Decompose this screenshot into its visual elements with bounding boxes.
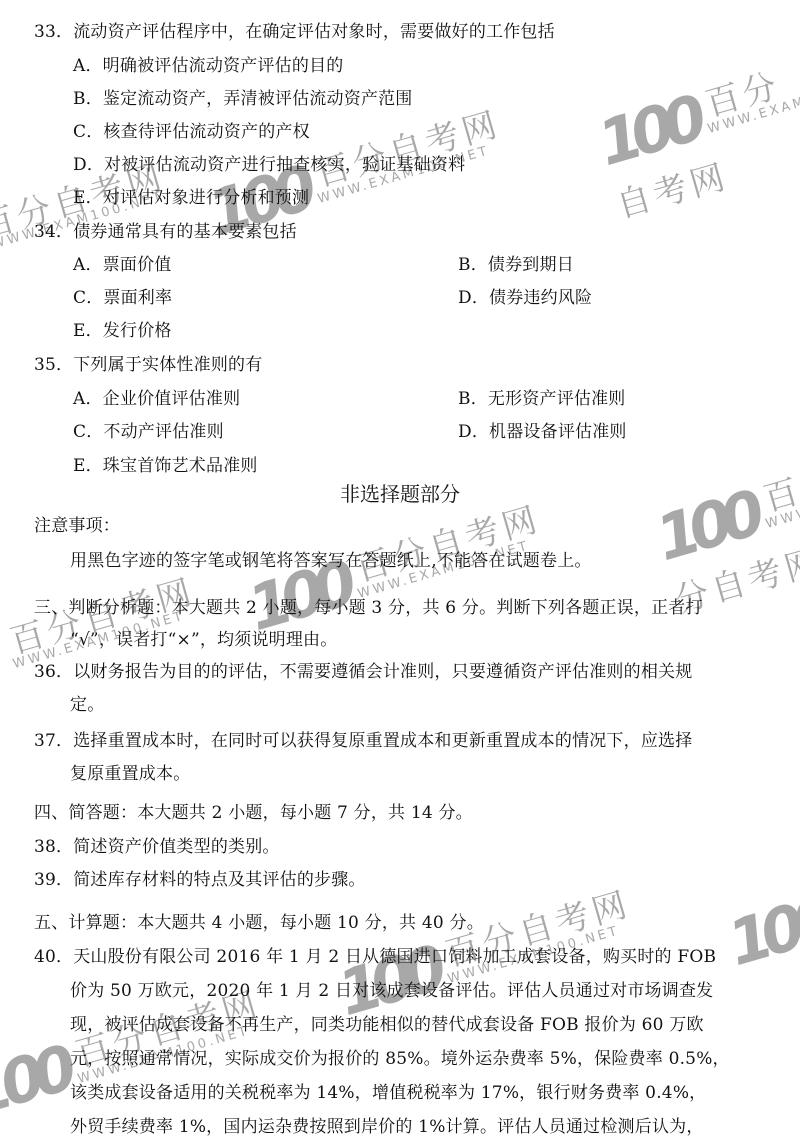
- question-36: 36．以财务报告为目的的评估，不需要遵循会计准则，只要遵循资产评估准则的相关规: [34, 661, 692, 683]
- question-33-option-b: B．鉴定流动资产，弄清被评估流动资产范围: [73, 88, 413, 110]
- watermark-name: 百分自考网: [311, 104, 505, 195]
- question-37-continued: 复原重置成本。: [70, 763, 190, 785]
- watermark-logo-text: 100: [590, 83, 706, 181]
- question-40-line-2: 价为 50 万欧元，2020 年 1 月 2 日对该成套设备评估。评估人员通过对…: [70, 980, 713, 1002]
- watermark-logo-top-right: 100百分自考网 WWW.EXAM100.NET: [590, 52, 800, 227]
- question-35-option-a: A．企业价值评估准则: [73, 388, 240, 410]
- watermark-logo-text: 100: [720, 883, 800, 981]
- question-40-line-5: 该类成套设备适用的关税税率为 14%，增值税税率为 17%，银行财务费率 0.4…: [70, 1082, 706, 1104]
- watermark-url: WWW.EXAM100.NET: [706, 73, 800, 137]
- question-35-option-c: C．不动产评估准则: [73, 421, 224, 443]
- part4-header: 四、简答题：本大题共 2 小题，每小题 7 分，共 14 分。: [34, 802, 473, 824]
- question-34-option-b: B．债券到期日: [458, 254, 574, 276]
- question-34-option-c: C．票面利率: [73, 287, 172, 309]
- question-40-line-1: 40．天山股份有限公司 2016 年 1 月 2 日从德国进口饲料加工成套设备，…: [34, 946, 716, 968]
- question-36-continued: 定。: [70, 694, 104, 716]
- question-33-option-e: E．对评估对象进行分析和预测: [73, 187, 309, 209]
- part5-header: 五、计算题：本大题共 4 小题，每小题 10 分，共 40 分。: [34, 912, 484, 934]
- question-33-option-a: A．明确被评估流动资产评估的目的: [73, 55, 343, 77]
- question-34-option-a: A．票面价值: [73, 254, 171, 276]
- question-40-line-6: 外贸手续费率 1%，国内运杂费按照到岸价的 1%计算。评估人员通过检测后认为，: [70, 1116, 704, 1138]
- question-37: 37．选择重置成本时，在同时可以获得复原重置成本和更新重置成本的情况下，应选择: [34, 730, 692, 752]
- watermark-name: 百分自考网: [351, 499, 545, 590]
- watermark-logo-text: 100: [0, 1033, 76, 1131]
- question-40-line-4: 元，按照通常情况，实际成交价为报价的 85%。境外运杂费率 5%，保险费率 0.…: [70, 1048, 730, 1070]
- question-34-option-e: E．发行价格: [73, 320, 172, 342]
- question-39: 39．简述库存材料的特点及其评估的步骤。: [34, 869, 366, 891]
- part3-header-continued: “√”，误者打“×”，均须说明理由。: [70, 629, 337, 651]
- question-34-stem: 34．债券通常具有的基本要素包括: [34, 221, 297, 243]
- part3-header: 三、判断分析题：本大题共 2 小题，每小题 3 分，共 6 分。判断下列各题正误…: [34, 597, 703, 619]
- notice-text: 用黑色字迹的签字笔或钢笔将答案写在答题纸上,不能答在试题卷上。: [70, 550, 592, 572]
- question-35-option-e: E．珠宝首饰艺术品准则: [73, 455, 258, 477]
- question-40-line-3: 现，被评估成套设备不再生产，同类功能相似的替代成套设备 FOB 报价为 60 万…: [70, 1014, 704, 1036]
- notice-label: 注意事项：: [34, 515, 120, 537]
- question-33-stem: 33．流动资产评估程序中，在确定评估对象时，需要做好的工作包括: [34, 21, 555, 43]
- watermark-name: 百分自考网: [612, 65, 785, 226]
- question-35-stem: 35．下列属于实体性准则的有: [34, 354, 262, 376]
- question-38: 38．简述资产价值类型的类别。: [34, 836, 280, 858]
- question-33-option-c: C．核查待评估流动资产的产权: [73, 121, 310, 143]
- watermark-logo-right-lower: 100: [720, 883, 800, 981]
- section-title: 非选择题部分: [0, 481, 800, 507]
- question-35-option-b: B．无形资产评估准则: [458, 388, 626, 410]
- question-35-option-d: D．机器设备评估准则: [458, 421, 627, 443]
- question-34-option-d: D．债券违约风险: [458, 287, 592, 309]
- question-33-option-d: D．对被评估流动资产进行抽查核实，验证基础资料: [73, 154, 465, 176]
